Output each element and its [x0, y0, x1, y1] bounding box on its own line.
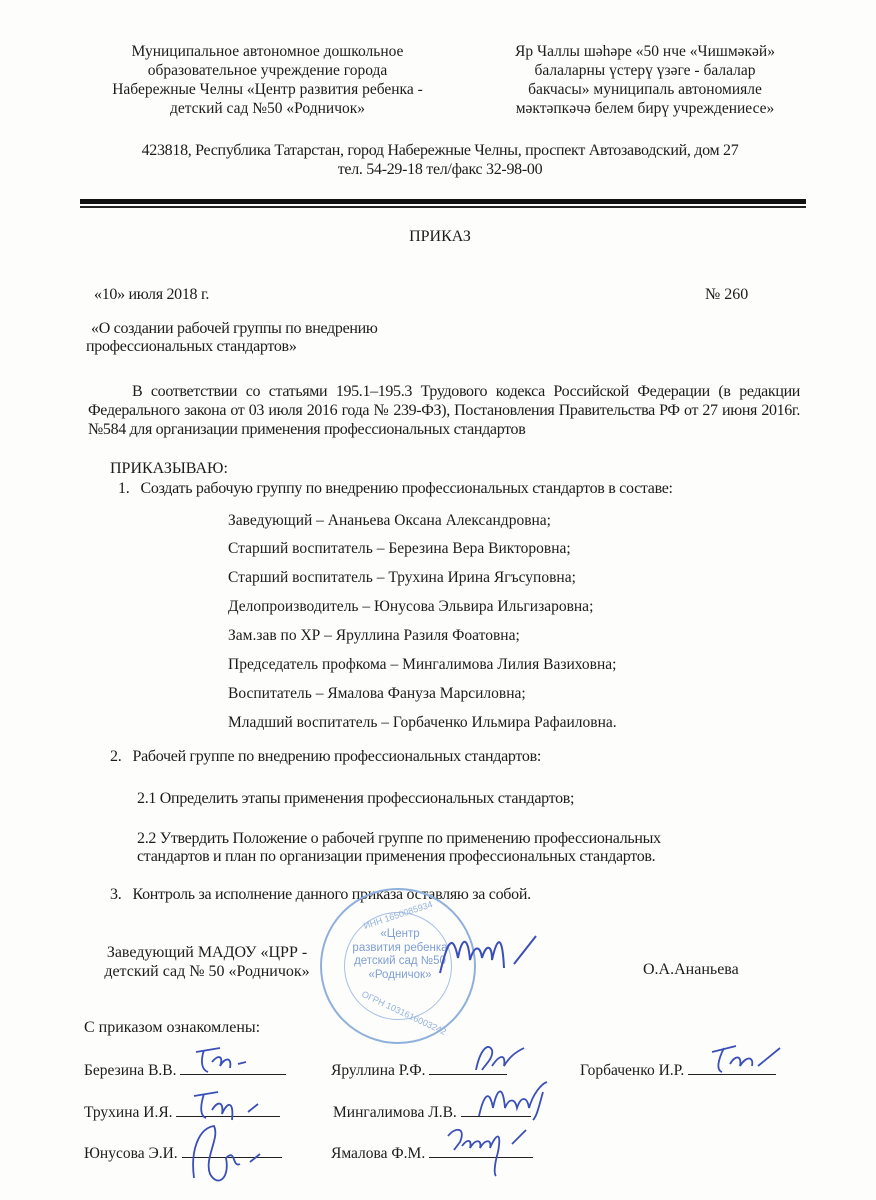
ack-name: Мингалимова Л.В. — [333, 1104, 457, 1121]
order-item-1: 1. Создать рабочую группу по внедрению п… — [118, 480, 673, 498]
order-subject: «О создании рабочей группы по внедрению … — [86, 320, 378, 356]
ack-name: Яруллина Р.Ф. — [331, 1062, 425, 1079]
member-item: Председатель профкома – Мингалимова Лили… — [228, 656, 616, 674]
member-item: Младший воспитатель – Горбаченко Ильмира… — [228, 714, 617, 732]
signature-yamalova-icon — [442, 1122, 542, 1178]
org-phones: тел. 54-29-18 тел/факс 32-98-00 — [60, 161, 820, 179]
head-position-line: Заведующий МАДОУ «ЦРР - — [92, 943, 322, 962]
header-divider-thick — [80, 199, 806, 204]
order-item-2-1: 2.1 Определить этапы применения професси… — [137, 790, 574, 808]
order-date: «10» июля 2018 г. — [94, 286, 209, 304]
order-word: ПРИКАЗЫВАЮ: — [110, 460, 228, 478]
ack-name: Юнусова Э.И. — [84, 1145, 178, 1162]
member-item: Заведующий – Ананьева Оксана Александров… — [228, 512, 551, 530]
signature-gorbachenko-icon — [706, 1040, 786, 1076]
org-ru-line: Набережные Челны «Центр развития ребенка… — [80, 80, 455, 99]
ack-name: Березина В.В. — [84, 1062, 177, 1079]
ack-name: Ямалова Ф.М. — [331, 1145, 425, 1162]
member-item: Воспитатель – Ямалова Фануза Марсиловна; — [228, 685, 526, 703]
org-name-tatar: Яр Чаллы шәһәре «50 нче «Чишмәкәй» балал… — [465, 42, 825, 118]
ack-name: Трухина И.Я. — [84, 1104, 173, 1121]
member-item: Старший воспитатель – Трухина Ирина Ягъс… — [228, 569, 576, 587]
member-item: Старший воспитатель – Березина Вера Викт… — [228, 540, 571, 558]
org-tt-line: балаларны үстерү үзәге - балалар — [465, 61, 825, 80]
order-preamble: В соответствии со статьями 195.1–195.3 Т… — [88, 382, 800, 439]
order-number: № 260 — [705, 286, 748, 304]
item-2-2-line: 2.2 Утвердить Положение о рабочей группе… — [137, 830, 661, 848]
item-2-2-line: стандартов и план по организации примене… — [137, 848, 661, 866]
member-item: Делопроизводитель – Юнусова Эльвира Ильг… — [228, 598, 593, 616]
ack-name: Горбаченко И.Р. — [580, 1062, 684, 1079]
signature-yunusova-icon — [180, 1118, 270, 1198]
order-item-2-2: 2.2 Утвердить Положение о рабочей группе… — [137, 830, 661, 866]
signature-mingalimova-icon — [473, 1078, 563, 1122]
signature-berezina-icon — [190, 1042, 260, 1078]
org-tt-line: мәктәпкәчә белем бирү учреждениесе» — [465, 99, 825, 118]
org-ru-line: образовательное учреждение города — [80, 61, 455, 80]
subject-line: «О создании рабочей группы по внедрению — [86, 320, 378, 338]
org-ru-line: детский сад №50 «Родничок» — [80, 99, 455, 118]
head-position-line: детский сад № 50 «Родничок» — [92, 962, 322, 981]
org-tt-line: Яр Чаллы шәһәре «50 нче «Чишмәкәй» — [465, 42, 825, 61]
org-ru-line: Муниципальное автономное дошкольное — [80, 42, 455, 61]
order-item-2: 2. Рабочей группе по внедрению профессио… — [110, 748, 541, 766]
org-address: 423818, Республика Татарстан, город Набе… — [60, 142, 820, 160]
head-position: Заведующий МАДОУ «ЦРР - детский сад № 50… — [92, 943, 322, 981]
head-name: О.А.Ананьева — [643, 961, 739, 979]
member-item: Зам.зав по ХР – Яруллина Разиля Фоатовна… — [228, 627, 520, 645]
document-title: ПРИКАЗ — [60, 228, 820, 246]
order-item-3: 3. Контроль за исполнение данного приказ… — [110, 886, 531, 904]
signature-yarullina-icon — [470, 1040, 530, 1076]
header-divider-thin — [80, 206, 806, 208]
subject-line: профессиональных стандартов» — [86, 338, 378, 356]
org-name-russian: Муниципальное автономное дошкольное обра… — [80, 42, 455, 118]
acknowledgement-title: С приказом ознакомлены: — [84, 1019, 260, 1037]
org-tt-line: бакчасы» муниципаль автономияле — [465, 80, 825, 99]
head-signature-icon — [432, 918, 542, 988]
